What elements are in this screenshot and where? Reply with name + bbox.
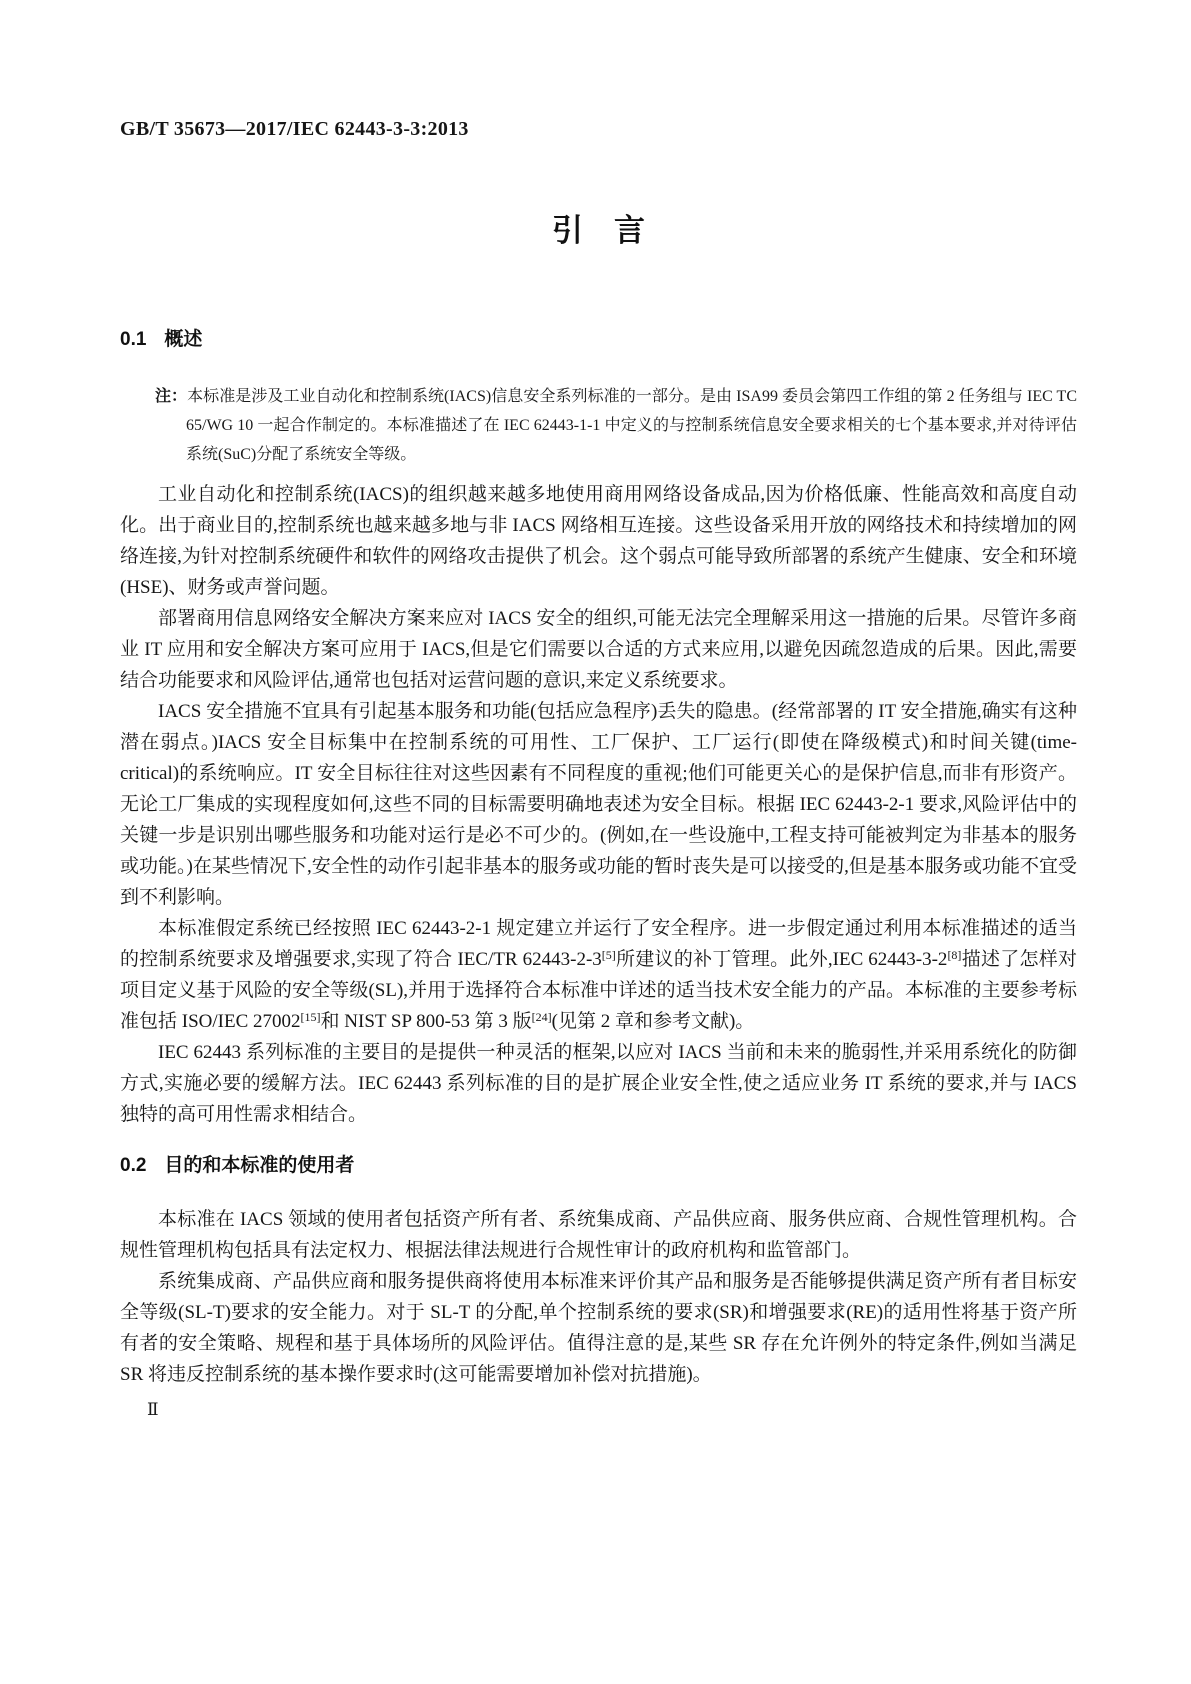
reference-superscript: [5]	[602, 948, 616, 962]
page-number: Ⅱ	[147, 1398, 1077, 1422]
paragraph: 工业自动化和控制系统(IACS)的组织越来越多地使用商用网络设备成品,因为价格低…	[120, 479, 1077, 603]
section-heading: 0.1概述	[120, 326, 1077, 354]
paragraph: 本标准在 IACS 领域的使用者包括资产所有者、系统集成商、产品供应商、服务供应…	[120, 1204, 1077, 1266]
note-block: 注：本标准是涉及工业自动化和控制系统(IACS)信息安全系列标准的一部分。是由 …	[155, 382, 1077, 469]
paragraph-text: 和 NIST SP 800-53 第 3 版	[321, 1011, 532, 1032]
reference-superscript: [24]	[532, 1010, 552, 1024]
section-title: 概述	[164, 329, 202, 350]
standard-number-header: GB/T 35673—2017/IEC 62443-3-3:2013	[120, 116, 1077, 142]
section-number: 0.1	[120, 329, 146, 350]
note-text: 本标准是涉及工业自动化和控制系统(IACS)信息安全系列标准的一部分。是由 IS…	[186, 388, 1077, 463]
section-overview: 0.1概述 注：本标准是涉及工业自动化和控制系统(IACS)信息安全系列标准的一…	[120, 326, 1077, 1130]
paragraph: IACS 安全措施不宜具有引起基本服务和功能(包括应急程序)丢失的隐患。(经常部…	[120, 696, 1077, 913]
reference-superscript: [15]	[301, 1010, 321, 1024]
paragraph: 系统集成商、产品供应商和服务提供商将使用本标准来评价其产品和服务是否能够提供满足…	[120, 1266, 1077, 1390]
section-number: 0.2	[120, 1155, 146, 1176]
note-label: 注：	[155, 388, 187, 405]
paragraph: IEC 62443 系列标准的主要目的是提供一种灵活的框架,以应对 IACS 当…	[120, 1037, 1077, 1130]
reference-superscript: [8]	[947, 948, 961, 962]
section-title: 目的和本标准的使用者	[164, 1155, 354, 1176]
page-title: 引 言	[120, 208, 1077, 254]
paragraph: 本标准假定系统已经按照 IEC 62443-2-1 规定建立并运行了安全程序。进…	[120, 913, 1077, 1037]
section-heading: 0.2目的和本标准的使用者	[120, 1152, 1077, 1180]
section-purpose-and-users: 0.2目的和本标准的使用者 本标准在 IACS 领域的使用者包括资产所有者、系统…	[120, 1152, 1077, 1390]
paragraph: 部署商用信息网络安全解决方案来应对 IACS 安全的组织,可能无法完全理解采用这…	[120, 603, 1077, 696]
paragraph-text: (见第 2 章和参考文献)。	[552, 1011, 755, 1032]
paragraph-text: 所建议的补丁管理。此外,IEC 62443-3-2	[616, 949, 948, 970]
document-page: GB/T 35673—2017/IEC 62443-3-3:2013 引 言 0…	[0, 0, 1191, 1684]
